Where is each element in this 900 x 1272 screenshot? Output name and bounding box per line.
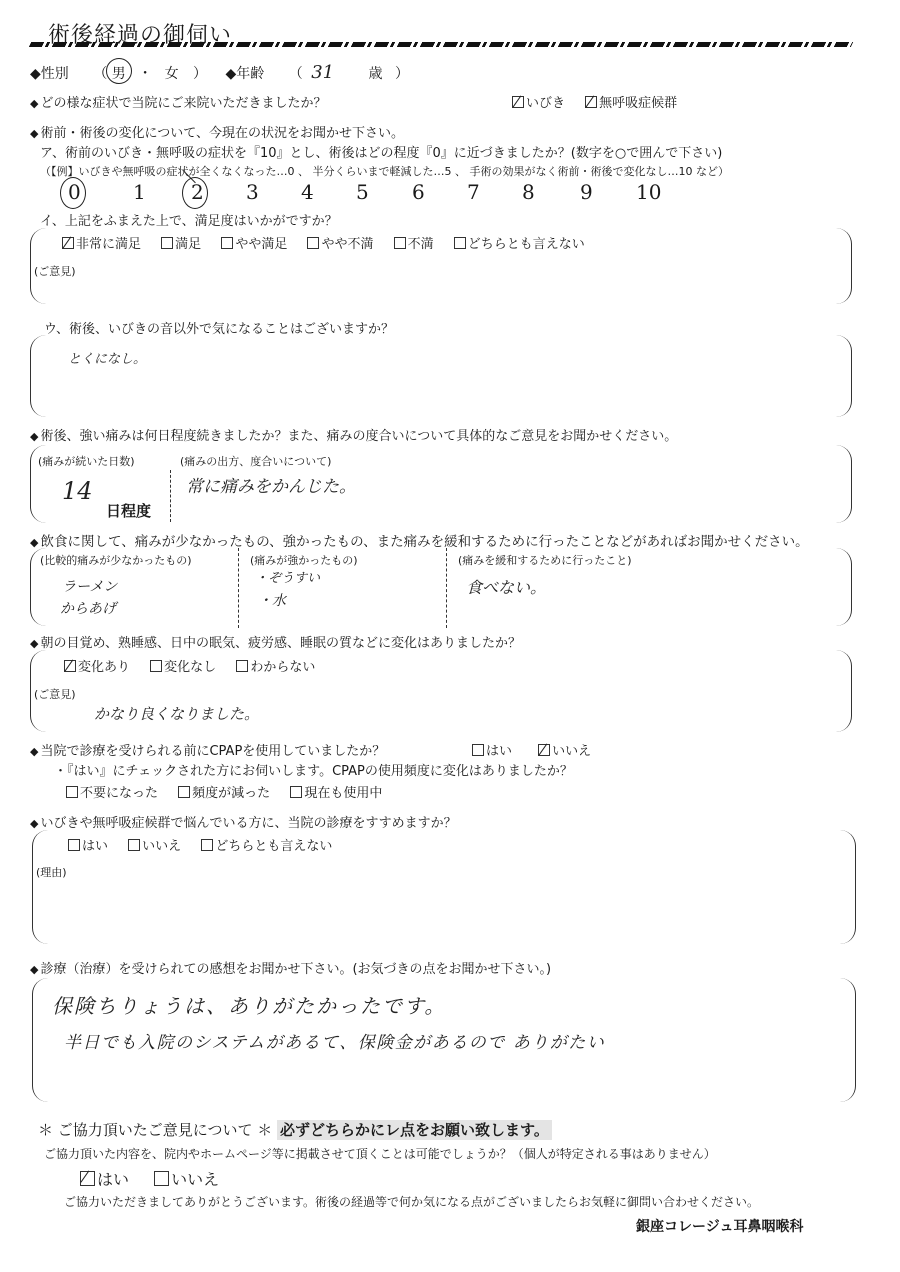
pain-degree-answer[interactable]: 常に痛みをかんじた。 [186,472,356,497]
pain-days-label: (痛みが続いた日数) [38,453,135,469]
column-divider [446,548,447,628]
impressions-line-1[interactable]: 保険ちりょうは、ありがたかったです。 [52,990,446,1019]
visit-reason-question: ◆どの様な症状で当院にご来院いただきましたか？ [30,92,326,111]
title-divider [29,42,853,47]
checkbox-icon [472,744,484,756]
food-col3-label: (痛みを緩和するために行ったこと) [458,552,632,568]
checkbox-somewhat-satisfied[interactable]: やや満足 [221,233,287,252]
food-col3-answer-1[interactable]: 食べない。 [466,575,546,598]
checkbox-checked-icon [538,744,550,756]
cpap-followup: ・『はい』にチェックされた方にお伺いします。CPAPの使用頻度に変化はありました… [54,760,573,779]
impressions-question: ◆診療（治療）を受けられての感想をお聞かせ下さい。(お気づきの点をお聞かせ下さい… [30,958,551,977]
diamond-icon: ◆ [30,745,38,758]
selection-circle [60,177,86,209]
scale-6[interactable]: 6 [412,180,425,204]
gender-option-male[interactable]: 男 [112,63,126,83]
age-value[interactable]: 31 [311,62,334,83]
checkbox-checked-icon [62,237,74,249]
diamond-icon: ◆ [30,97,38,110]
food-col2-label: (痛みが強かったもの) [250,552,358,568]
sleep-options: 変化あり 変化なし わからない [64,656,331,675]
change-example: （【例】いびきや無呼吸の症状が全くなくなった…0 、 半分くらいまで軽減した…5… [40,163,729,179]
gender-label: ◆性別 [30,66,69,82]
consent-heading: ＊ ご協力頂いたご意見について ＊ 必ずどちらかにレ点をお願い致します。 [38,1119,552,1140]
consent-heading-emphasis: 必ずどちらかにレ点をお願い致します。 [277,1120,552,1140]
food-col2-answer-1[interactable]: ・ぞうすい [255,567,320,586]
checkbox-recommend-neither[interactable]: どちらとも言えない [201,835,332,854]
checkbox-checked-icon [512,96,524,108]
checkbox-still-using[interactable]: 現在も使用中 [290,782,382,801]
cpap-options: はい いいえ [472,740,607,759]
food-col2-answer-2[interactable]: ・水 [258,590,286,610]
checkbox-dissatisfied[interactable]: 不満 [394,233,434,252]
checkbox-cpap-yes[interactable]: はい [472,740,512,759]
food-col1-answer-2[interactable]: からあげ [60,598,116,618]
profile-row: ◆性別 （ 男 ・ 女 ） ◆年齢 （ 31 歳 ） [30,62,409,83]
gender-field[interactable]: （ 男 ・ 女 ） [93,66,211,82]
checkbox-unchanged[interactable]: 変化なし [150,656,216,675]
diamond-icon: ◆ [30,536,38,549]
checkbox-snoring[interactable]: いびき [512,92,565,111]
scale-9[interactable]: 9 [580,180,593,204]
checkbox-recommend-yes[interactable]: はい [68,835,108,854]
consent-heading-prefix: ＊ ご協力頂いたご意見について ＊ [38,1121,272,1139]
checkbox-icon [150,660,162,672]
checkbox-no-longer-needed[interactable]: 不要になった [66,782,158,801]
selection-circle [106,58,132,84]
checkbox-icon [66,786,78,798]
checkbox-icon [128,839,140,851]
diamond-icon: ◆ [30,637,38,650]
checkbox-icon [178,786,190,798]
checkbox-consent-no[interactable]: いいえ [154,1167,219,1190]
pain-bracket [30,445,852,523]
checkbox-checked-icon [80,1171,95,1186]
checkbox-somewhat-dissatisfied[interactable]: やや不満 [307,233,373,252]
diamond-icon: ◆ [30,127,38,140]
consent-question: ご協力頂いた内容を、院内やホームページ等に掲載させて頂くことは可能でしょうか？（… [44,1145,716,1162]
recommend-options: はい いいえ どちらとも言えない [68,835,348,854]
age-label: ◆年齢 [226,66,265,82]
change-sub-a: ア、術前のいびき・無呼吸の症状を『10』とし、術後はどの程度『0』に近づきました… [40,142,722,161]
food-col1-label: (比較的痛みが少なかったもの) [40,552,192,568]
gender-option-female[interactable]: 女 [165,66,179,82]
checkbox-consent-yes[interactable]: はい [80,1167,129,1190]
checkbox-very-satisfied[interactable]: 非常に満足 [62,233,141,252]
diamond-icon: ◆ [30,963,38,976]
checkbox-frequency-reduced[interactable]: 頻度が減った [178,782,270,801]
impressions-line-2[interactable]: 半日でも入院のシステムがあるて、保険金があるので ありがたい [64,1028,605,1053]
change-question: ◆術前・術後の変化について、今現在の状況をお聞かせ下さい。 [30,122,404,141]
consent-options: はい いいえ [80,1167,235,1190]
pain-days-unit: 日程度 [106,500,151,521]
checkbox-icon [201,839,213,851]
checkbox-icon [221,237,233,249]
column-divider [238,548,239,628]
checkbox-checked-icon [64,660,76,672]
consent-thanks: ご協力いただきましてありがとうございます。術後の経過等で何か気になる点がございま… [64,1193,759,1210]
checkbox-recommend-no[interactable]: いいえ [128,835,181,854]
sleep-question: ◆朝の目覚め、熟睡感、日中の眠気、疲労感、睡眠の質などに変化はありましたか？ [30,632,521,651]
recommend-reason-label: (理由) [36,864,67,880]
scale-7[interactable]: 7 [467,180,480,204]
recommend-question: ◆いびきや無呼吸症候群で悩んでいる方に、当院の診療をすすめますか？ [30,812,457,831]
checkbox-cpap-no[interactable]: いいえ [538,740,591,759]
pain-days-value[interactable]: 14 [62,477,93,505]
diamond-icon: ◆ [30,817,38,830]
satisfaction-options: 非常に満足 満足 やや満足 やや不満 不満 どちらとも言えない [62,233,601,252]
checkbox-icon [290,786,302,798]
cpap-question: ◆当院で診療を受けられる前にCPAPを使用していましたか？ [30,740,385,759]
checkbox-icon [68,839,80,851]
checkbox-icon [454,237,466,249]
scale-4[interactable]: 4 [301,180,314,204]
satisfaction-comment-label: (ご意見) [34,263,76,279]
checkbox-apnea[interactable]: 無呼吸症候群 [585,92,677,111]
checkbox-icon [394,237,406,249]
checkbox-icon [154,1171,169,1186]
scale-5[interactable]: 5 [356,180,369,204]
rating-scale: 0 1 2 3 4 5 6 7 8 9 10 [0,180,900,210]
clinic-name: 銀座コレージュ耳鼻咽喉科 [636,1216,803,1236]
other-concerns-answer[interactable]: とくになし。 [68,348,146,367]
checkbox-changed[interactable]: 変化あり [64,656,130,675]
cpap-followup-options: 不要になった 頻度が減った 現在も使用中 [66,782,398,801]
scale-3[interactable]: 3 [246,180,259,204]
checkbox-icon [161,237,173,249]
column-divider [170,470,171,522]
scale-8[interactable]: 8 [522,180,535,204]
scale-10[interactable]: 10 [636,180,661,204]
scale-1[interactable]: 1 [133,180,146,204]
checkbox-unknown[interactable]: わからない [236,656,315,675]
checkbox-neither[interactable]: どちらとも言えない [454,233,585,252]
food-col1-answer-1[interactable]: ラーメン [62,576,117,596]
checkbox-satisfied[interactable]: 満足 [161,233,201,252]
sleep-comment-label: (ご意見) [34,686,76,702]
food-question: ◆飲食に関して、痛みが少なかったもの、強かったもの、また痛みを緩和するために行っ… [30,530,809,550]
pain-degree-label: (痛みの出方、度合いについて) [180,453,331,469]
sleep-comment[interactable]: かなり良くなりました。 [94,703,259,724]
satisfaction-question: イ、上記をふまえた上で、満足度はいかがですか？ [40,210,338,229]
checkbox-icon [307,237,319,249]
visit-reason-options: いびき 無呼吸症候群 [512,92,693,111]
diamond-icon: ◆ [30,430,38,443]
other-concerns-bracket [30,335,852,417]
checkbox-checked-icon [585,96,597,108]
pain-question: ◆術後、強い痛みは何日程度続きましたか？また、痛みの度合いについて具体的なご意見… [30,425,677,444]
checkbox-icon [236,660,248,672]
